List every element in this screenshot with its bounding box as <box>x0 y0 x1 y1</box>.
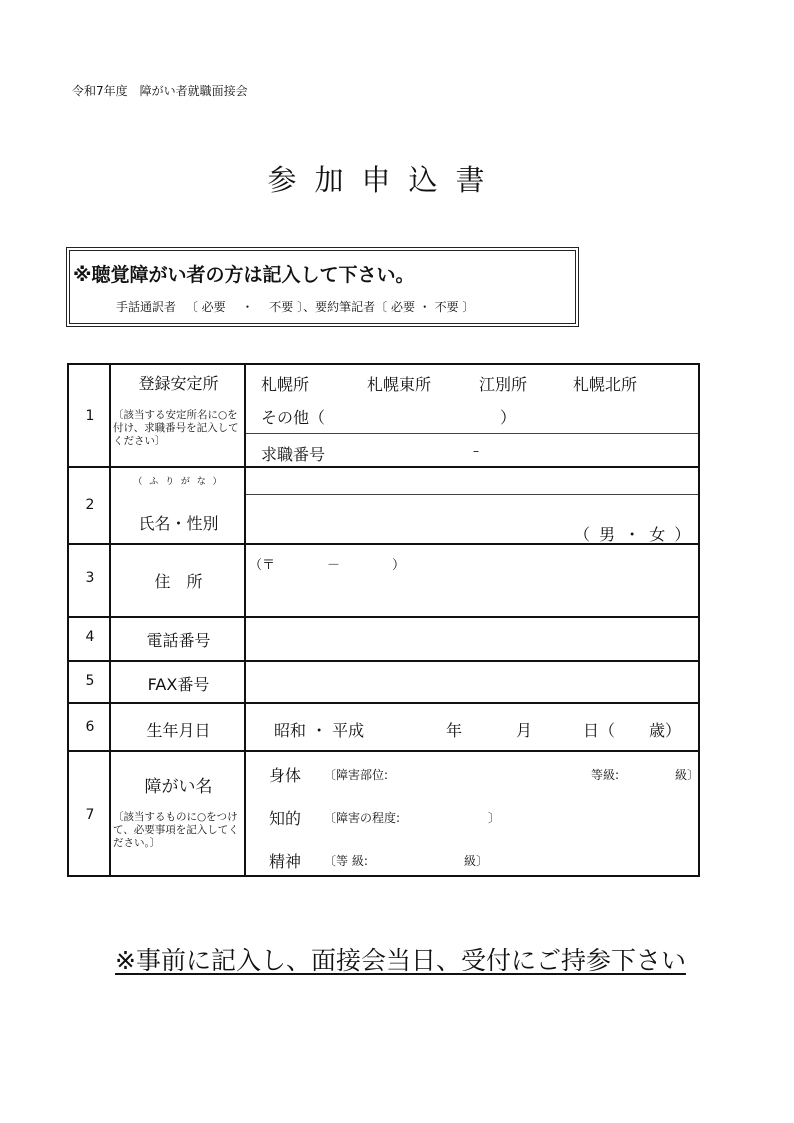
disability-type-physical[interactable]: 身体 <box>269 763 301 786</box>
office-option-sapporo-kita[interactable]: 札幌北所 <box>573 372 637 395</box>
address-label: 住 所 <box>111 569 246 592</box>
mental-grade-label: 〔等 級: <box>324 852 368 869</box>
office-other-label: その他（ <box>261 405 325 428</box>
interpreter-request-line: 手話通訳者 〔 必要 ・ 不要 〕、要約筆記者〔 必要 ・ 不要 〕 <box>116 298 474 315</box>
notice-heading: ※聴覚障がい者の方は記入して下さい。 <box>73 260 414 287</box>
sub-row-divider <box>246 494 698 495</box>
job-number-label: 求職番号 <box>261 442 325 465</box>
event-header: 令和7年度 障がい者就職面接会 <box>72 82 248 99</box>
furigana-label: （ ふ り が な ） <box>111 474 246 487</box>
fax-input[interactable] <box>247 663 697 701</box>
mental-grade-suffix: 級〕 <box>464 852 488 869</box>
phone-label: 電話番号 <box>111 628 246 651</box>
intellectual-degree-close: 〕 <box>488 809 500 826</box>
office-other-close: ） <box>500 405 516 428</box>
row-divider <box>69 750 698 752</box>
registered-office-note: 〔該当する安定所名に○を付け、求職番号を記入してください〕 <box>113 409 245 448</box>
physical-part-label: 〔障害部位: <box>324 766 388 783</box>
job-number-separator: – <box>473 444 479 458</box>
era-options[interactable]: 昭和 ・ 平成 <box>274 718 364 741</box>
summary-writer-options[interactable]: 〔 必要 ・ 不要 〕 <box>375 298 474 315</box>
job-number-input[interactable] <box>344 437 694 463</box>
office-option-sapporo-higashi[interactable]: 札幌東所 <box>367 372 431 395</box>
name-input[interactable] <box>247 496 547 540</box>
physical-grade-label: 等級: <box>591 766 619 783</box>
sign-interpreter-options[interactable]: 〔 必要 ・ 不要 〕、 <box>186 298 315 315</box>
row-number: 2 <box>69 497 111 513</box>
summary-writer-label: 要約筆記者 <box>315 298 375 315</box>
month-suffix: 月 <box>516 718 532 741</box>
disability-type-mental[interactable]: 精神 <box>269 849 301 872</box>
row-number: 1 <box>69 408 111 424</box>
registered-office-label: 登録安定所 <box>111 371 246 394</box>
row-number: 6 <box>69 719 111 735</box>
row-number: 7 <box>69 807 111 823</box>
submission-instruction: ※事前に記入し、面接会当日、受付にご持参下さい <box>115 941 686 977</box>
intellectual-degree-label: 〔障害の程度: <box>324 809 400 826</box>
birthdate-label: 生年月日 <box>111 718 246 741</box>
gender-options[interactable]: （ 男 ・ 女 ） <box>574 522 692 545</box>
hearing-impaired-notice-box: ※聴覚障がい者の方は記入して下さい。 手話通訳者 〔 必要 ・ 不要 〕、要約筆… <box>66 247 579 327</box>
row-number: 5 <box>69 673 111 689</box>
page-title: 参加申込書 <box>0 158 770 199</box>
year-suffix: 年 <box>446 718 462 741</box>
office-option-ebetsu[interactable]: 江別所 <box>479 372 527 395</box>
day-suffix: 日（ <box>583 718 615 741</box>
phone-input[interactable] <box>247 619 697 659</box>
row-divider <box>69 702 698 704</box>
physical-grade-suffix: 級〕 <box>675 766 699 783</box>
column-divider <box>109 365 111 875</box>
disability-label: 障がい名 <box>111 772 246 797</box>
disability-note: 〔該当するものに○をつけて、必要事項を記入してください。〕 <box>113 811 245 850</box>
office-other-input[interactable] <box>339 403 499 425</box>
disability-type-intellectual[interactable]: 知的 <box>269 806 301 829</box>
row-number: 4 <box>69 629 111 645</box>
row-divider <box>69 466 698 468</box>
address-input[interactable] <box>247 546 697 614</box>
office-option-sapporo[interactable]: 札幌所 <box>261 372 309 395</box>
name-gender-label: 氏名・性別 <box>111 511 246 534</box>
row-divider <box>69 660 698 662</box>
sign-interpreter-label: 手話通訳者 <box>116 298 176 315</box>
furigana-input[interactable] <box>247 469 697 493</box>
fax-label: FAX番号 <box>111 672 246 695</box>
sub-row-divider <box>246 433 698 434</box>
row-divider <box>69 616 698 618</box>
application-form-table: 1 登録安定所 〔該当する安定所名に○を付け、求職番号を記入してください〕 札幌… <box>67 363 700 877</box>
row-number: 3 <box>69 570 111 586</box>
age-suffix: 歳） <box>649 718 681 741</box>
